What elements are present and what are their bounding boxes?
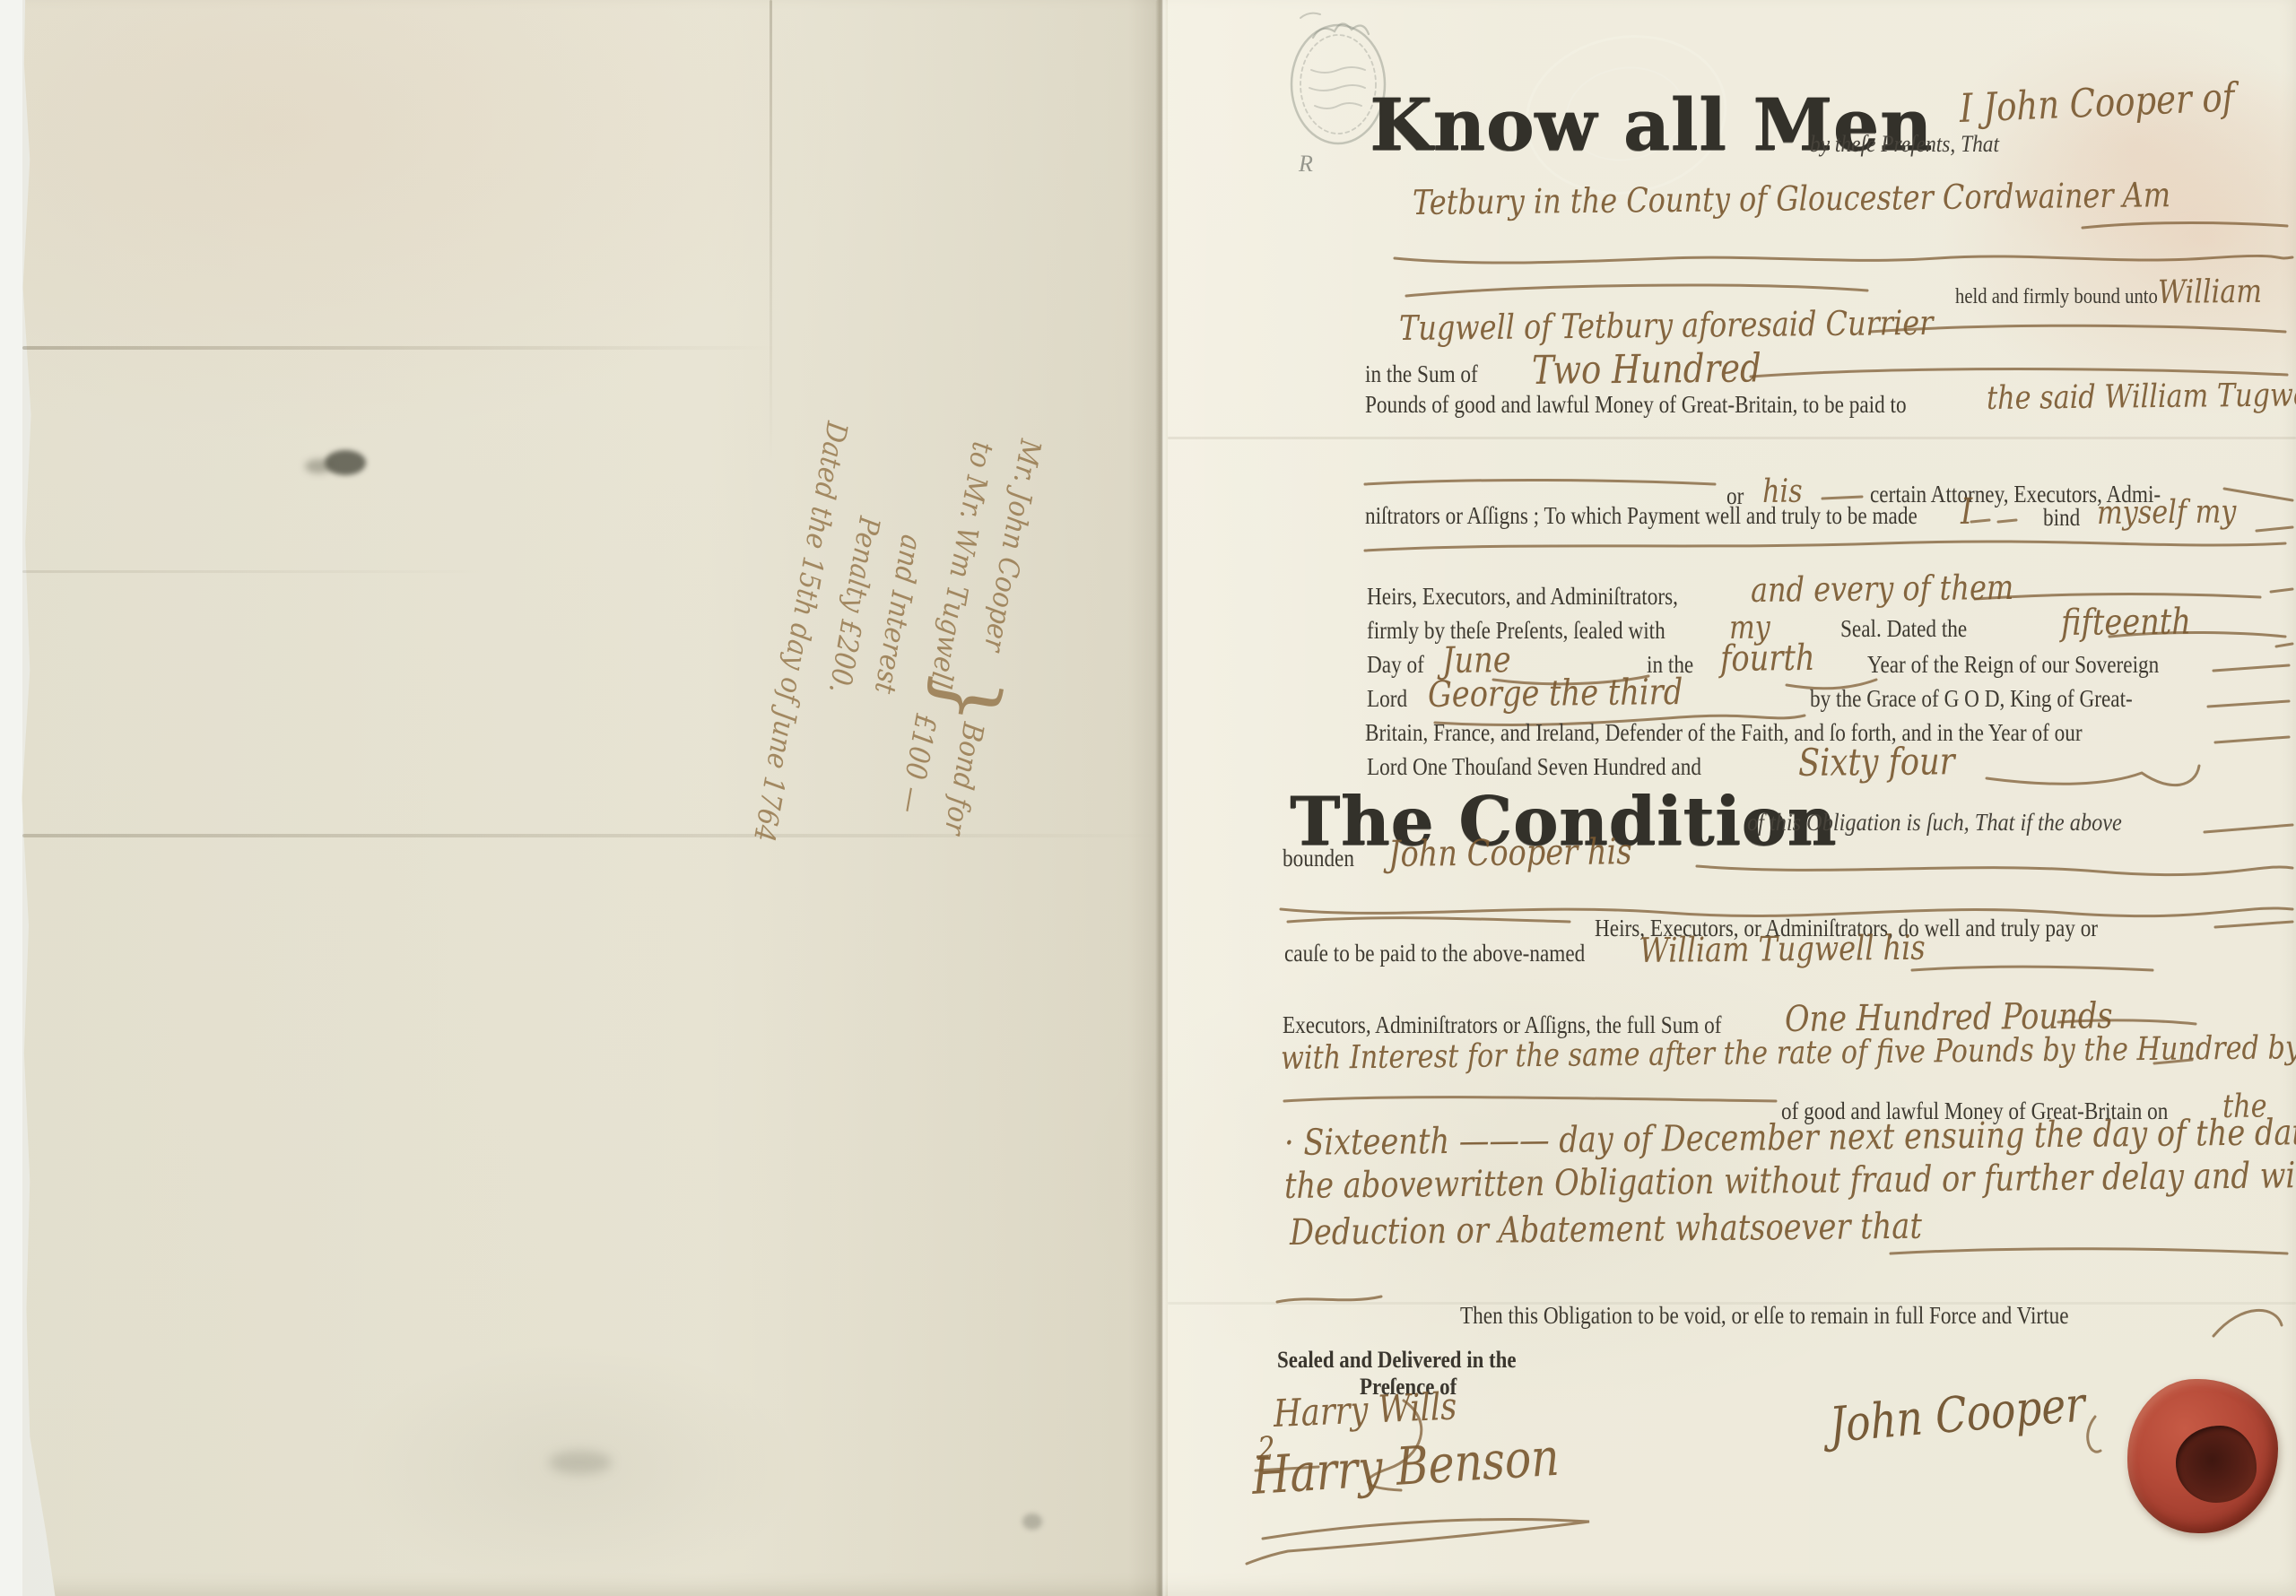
script-myself-my: myself my — [2097, 493, 2237, 532]
horizontal-crease — [22, 346, 780, 350]
printed-seal-dated: Seal. Dated the — [1840, 615, 1967, 643]
script-obligee-first-name: William — [2158, 273, 2262, 311]
script-penal-sum: Two Hundred — [1532, 345, 1761, 394]
script-payee: the said William Tugwell — [1987, 377, 2296, 417]
horizontal-crease — [22, 834, 1161, 837]
script-obligee-surname-place: Tugwell of Tetbury aforesaid Currier — [1399, 303, 1934, 348]
printed-heirs-executors: Heirs, Executors, and Adminiſtrators, — [1367, 583, 1678, 611]
printed-firmly-presents: firmly by theſe Preſents, ſealed with — [1367, 617, 1665, 645]
printed-then-obligation-void: Then this Obligation to be void, or elſe… — [1460, 1302, 2069, 1330]
script-monarch: George the third — [1428, 672, 1683, 716]
printed-britain-france-ireland: Britain, France, and Ireland, Defender o… — [1365, 719, 2083, 747]
script-deduction-abatement: Deduction or Abatement whatsoever that — [1290, 1206, 1922, 1253]
printed-cause-to-be-paid: cauſe to be paid to the above-named — [1284, 940, 1585, 967]
printed-pounds-lawful-money: Pounds of good and lawful Money of Great… — [1365, 391, 1907, 419]
horizontal-crease — [1168, 437, 2296, 439]
horizontal-crease — [22, 570, 489, 573]
ink-smudge — [305, 459, 332, 473]
center-fold-crease — [1155, 0, 1168, 1596]
stamp-letter-mark: R — [1299, 151, 1313, 178]
wax-seal-impression — [2176, 1426, 2257, 1503]
script-year: Sixty four — [1798, 739, 1955, 785]
printed-nistrators-assigns: niſtrators or Aſſigns ; To which Payment… — [1365, 502, 1918, 530]
script-day-number: fifteenth — [2061, 601, 2191, 644]
stain-smudge — [549, 1451, 612, 1474]
left-page-fold — [22, 0, 1162, 1596]
printed-in-the-sum-of: in the Sum of — [1365, 360, 1478, 388]
printed-sealed-delivered: Sealed and Delivered in the — [1277, 1347, 1517, 1374]
scanned-bond-document: R — [0, 0, 2296, 1596]
witness-signature-1: Harry Wills — [1273, 1384, 1457, 1436]
script-i: I — [1961, 491, 1973, 533]
printed-lord-one-thousand: Lord One Thouſand Seven Hundred and — [1367, 753, 1701, 781]
script-regnal-year: fourth — [1720, 638, 1815, 680]
docket-party-2: to Mr. Wm Tugwell — [923, 439, 1000, 691]
printed-bind: bind — [2043, 504, 2080, 532]
printed-year-of-reign: Year of the Reign of our Sovereign — [1867, 651, 2159, 679]
printed-bounden: bounden — [1283, 845, 1354, 872]
printed-grace-of-god: by the Grace of G O D, King of Great- — [1810, 685, 2133, 713]
stain-smudge — [1022, 1514, 1042, 1530]
docket-amount: £100 — — [892, 711, 944, 815]
script-obligor-place: Tetbury in the County of Gloucester Cord… — [1413, 175, 2170, 222]
script-above-named: William Tugwell his — [1639, 928, 1926, 970]
printed-obligation-such: of this Obligation is ſuch, That if the … — [1747, 809, 2122, 837]
printed-day-of: Day of — [1367, 651, 1424, 679]
printed-by-these-presents: by theſe Preſents, That — [1810, 131, 1999, 158]
vertical-crease — [770, 0, 772, 466]
script-every-of-them: and every of them — [1751, 568, 2013, 610]
printed-bound-unto: held and firmly bound unto — [1955, 285, 2158, 309]
script-bounden-name: John Cooper his — [1388, 831, 1632, 875]
printed-executors-full-sum: Executors, Adminiſtrators or Aſſigns, th… — [1283, 1011, 1722, 1039]
printed-lord: Lord — [1367, 685, 1407, 713]
